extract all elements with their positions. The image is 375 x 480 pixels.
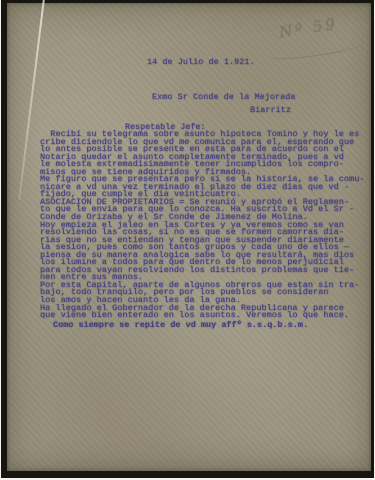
letter-body: Recibí su telegrama sobre asunto hipotec… — [40, 131, 370, 320]
recipient-city: Biarritz — [250, 105, 291, 115]
body-line: que viene bien enterado en los asuntos. … — [40, 312, 370, 320]
letter-paper: Nº 59 14 de Julio de 1.921. Exmo Sr Cond… — [7, 3, 371, 471]
pencil-annotation: Nº 59 — [278, 14, 339, 41]
scanned-letter-page: { "colors": { "paper": "#9a937f", "ink":… — [0, 0, 375, 480]
closing-line: Como siempre se repite de vd muy affº s.… — [53, 320, 308, 330]
recipient-name: Exmo Sr Conde de la Mejorada — [152, 92, 296, 102]
letter-date: 14 de Julio de 1.921. — [147, 57, 255, 67]
